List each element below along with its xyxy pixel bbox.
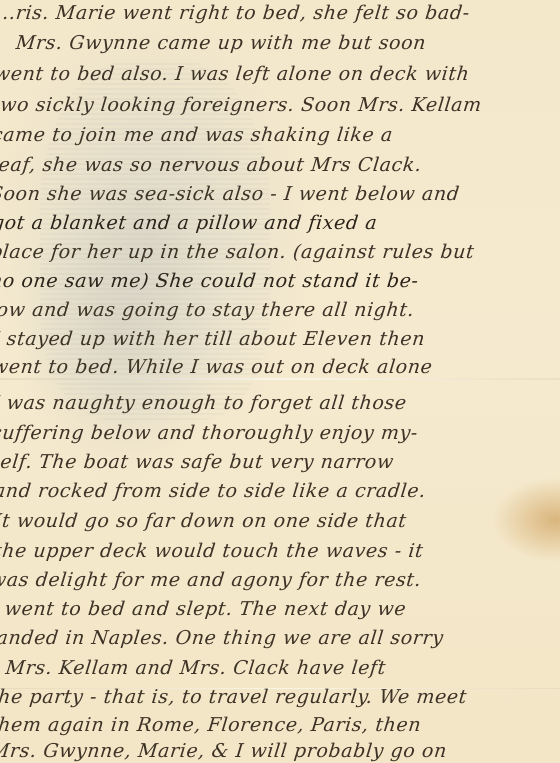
- text-line: place for her up in the salon. (against …: [0, 241, 476, 263]
- text-line: got a blanket and a pillow and fixed a: [0, 212, 378, 234]
- letter-page: ...ris. Marie went right to bed, she fel…: [0, 0, 560, 763]
- text-line: came to join me and was shaking like a: [0, 124, 394, 146]
- paper-fold-line: [0, 378, 560, 380]
- text-line: went to bed. While I was out on deck alo…: [0, 356, 434, 378]
- text-line: suffering below and thoroughly enjoy my-: [0, 422, 419, 444]
- text-line: and rocked from side to side like a crad…: [0, 480, 427, 502]
- text-line: Mrs. Gwynne came up with me but soon: [15, 32, 427, 54]
- text-line: It would go so far down on one side that: [0, 510, 408, 532]
- text-line: leaf, she was so nervous about Mrs Clack…: [0, 154, 423, 176]
- text-line: Soon she was sea-sick also - I went belo…: [0, 183, 461, 205]
- text-line: I stayed up with her till about Eleven t…: [0, 328, 426, 350]
- text-line: ...ris. Marie went right to bed, she fel…: [0, 2, 471, 24]
- text-line: - Mrs. Kellam and Mrs. Clack have left: [0, 657, 387, 679]
- text-line: no one saw me) She could not stand it be…: [0, 270, 420, 292]
- text-line: the upper deck would touch the waves - i…: [0, 540, 425, 562]
- text-line: self. The boat was safe but very narrow: [0, 451, 395, 473]
- text-line: I was naughty enough to forget all those: [0, 392, 408, 414]
- text-line: landed in Naples. One thing we are all s…: [0, 627, 445, 649]
- text-line: went to bed also. I was left alone on de…: [0, 63, 471, 85]
- text-line: them again in Rome, Florence, Paris, the…: [0, 714, 422, 736]
- text-line: Mrs. Gwynne, Marie, & I will probably go…: [0, 740, 448, 762]
- text-line: low and was going to stay there all nigh…: [0, 299, 415, 321]
- text-line: the party - that is, to travel regularly…: [0, 686, 468, 708]
- text-line: I went to bed and slept. The next day we: [0, 598, 407, 620]
- text-line: was delight for me and agony for the res…: [0, 569, 422, 591]
- text-line: two sickly looking foreigners. Soon Mrs.…: [0, 94, 483, 116]
